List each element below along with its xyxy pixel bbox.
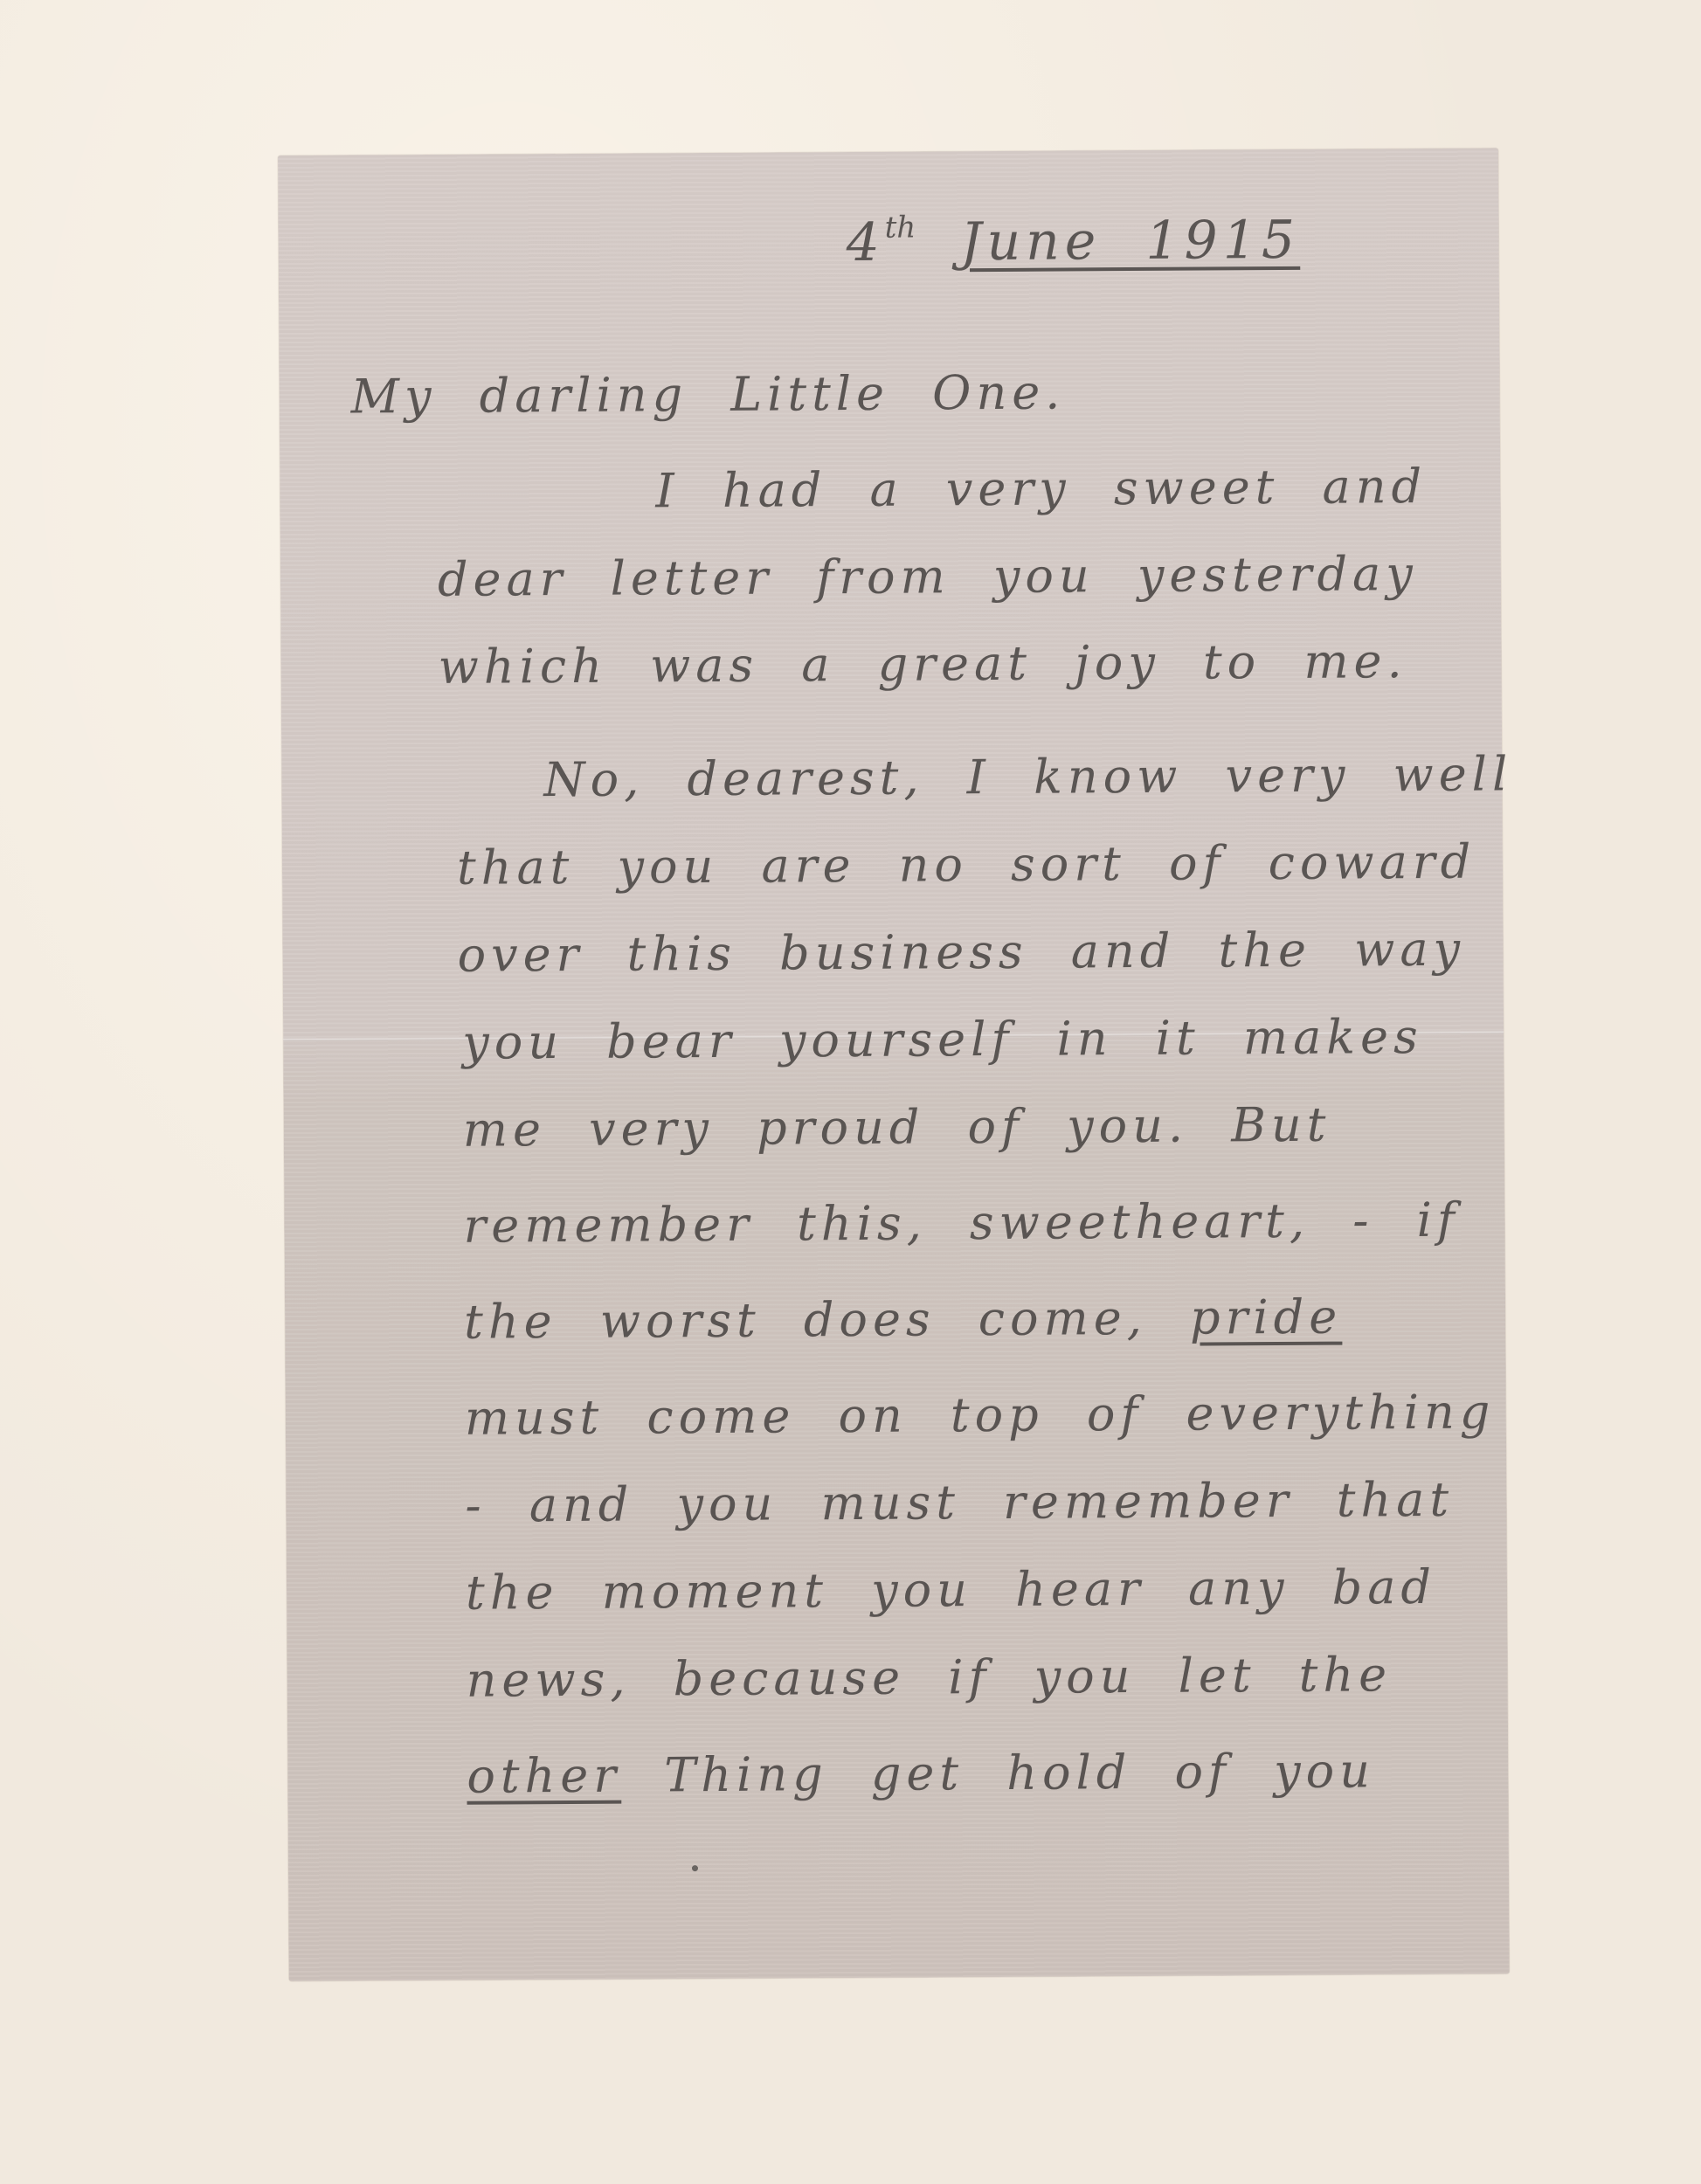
ink-dot [692, 1865, 698, 1871]
body-line: that you are no sort of coward [457, 839, 1476, 892]
body-line: which was a great joy to me. [438, 638, 1407, 691]
body-line: dear letter from you yesterday [438, 550, 1418, 604]
date-day: 4 [846, 212, 885, 273]
body-line: No, dearest, I know very well [543, 750, 1512, 804]
body-line: must come on top of everything [465, 1389, 1496, 1442]
body-line: I had a very sweet and [655, 463, 1427, 515]
letter-date: 4th June 1915 [846, 211, 1300, 269]
body-line: - and you must remember that [465, 1476, 1454, 1530]
date-month-year: June 1915 [960, 210, 1300, 273]
letter-sheet: 4th June 1915 My darling Little One. I h… [278, 148, 1510, 1980]
body-line-text: Thing get hold of you [664, 1743, 1375, 1802]
salutation: My darling Little One. [351, 369, 1066, 420]
body-line: you bear yourself in it makes [462, 1013, 1423, 1067]
body-line: over this business and the way [457, 926, 1465, 979]
date-day-suffix: th [885, 211, 916, 245]
body-line: other Thing get hold of you [467, 1747, 1375, 1800]
body-line: news, because if you let the [467, 1651, 1393, 1704]
body-line: the moment you hear any bad [466, 1564, 1436, 1617]
body-line: the worst does come, pride [464, 1294, 1342, 1346]
body-line-text: the worst does come, [464, 1290, 1147, 1350]
body-line: me very proud of you. But [463, 1102, 1331, 1154]
underlined-word-pride: pride [1190, 1289, 1343, 1345]
body-line: remember this, sweetheart, - if [463, 1197, 1460, 1250]
underlined-word-other: other [467, 1748, 621, 1804]
